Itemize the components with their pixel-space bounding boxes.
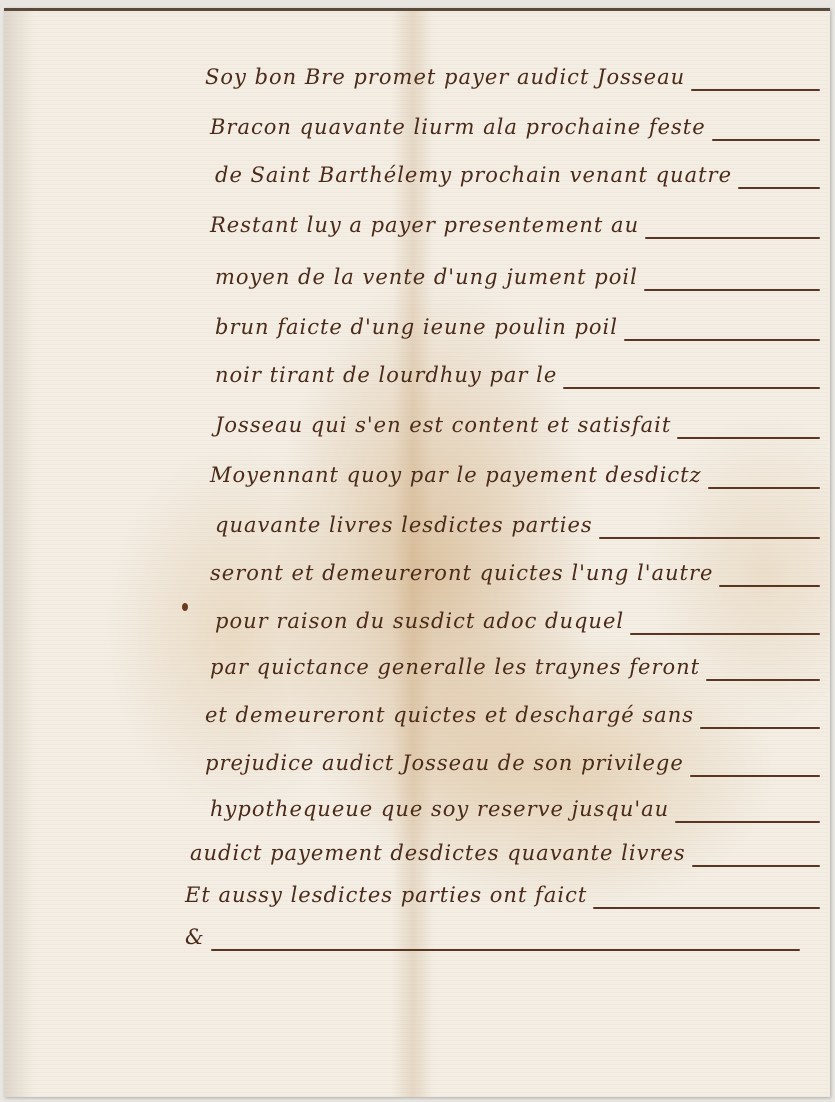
line-filler-stroke [738, 187, 820, 189]
manuscript-line: Moyennant quoy par le payement desdictz [210, 463, 702, 487]
manuscript-line: & [185, 925, 205, 949]
line-filler-stroke [677, 437, 820, 439]
line-filler-stroke [624, 339, 820, 341]
line-filler-stroke [675, 821, 820, 823]
line-filler-stroke [563, 387, 820, 389]
manuscript-line: Soy bon Bre promet payer audict Josseau [205, 65, 685, 89]
manuscript-line: Bracon quavante liurm ala prochaine fest… [210, 115, 706, 139]
manuscript-line: Et aussy lesdictes parties ont faict [185, 883, 587, 907]
line-filler-stroke [691, 89, 820, 91]
line-filler-stroke [211, 949, 800, 951]
manuscript-line: moyen de la vente d'ung jument poil [215, 265, 638, 289]
manuscript-line: seront et demeureront quictes l'ung l'au… [210, 561, 713, 585]
manuscript-line: brun faicte d'ung ieune poulin poil [215, 315, 618, 339]
ink-blot [182, 603, 188, 611]
line-filler-stroke [708, 487, 820, 489]
manuscript-line: hypothequeue que soy reserve jusqu'au [210, 797, 669, 821]
manuscript-line: prejudice audict Josseau de son privileg… [205, 751, 684, 775]
paper-fold [4, 11, 34, 1097]
manuscript-line: de Saint Barthélemy prochain venant quat… [215, 163, 732, 187]
line-filler-stroke [712, 139, 820, 141]
line-filler-stroke [593, 907, 820, 909]
line-filler-stroke [719, 585, 820, 587]
manuscript-line: Restant luy a payer presentement au [210, 213, 639, 237]
manuscript-line: et demeureront quictes et deschargé sans [205, 703, 694, 727]
line-filler-stroke [706, 679, 820, 681]
line-filler-stroke [700, 727, 820, 729]
line-filler-stroke [645, 237, 820, 239]
line-filler-stroke [692, 865, 820, 867]
manuscript-line: quavante livres lesdictes parties [215, 513, 593, 537]
line-filler-stroke [690, 775, 820, 777]
manuscript-line: par quictance generalle les traynes fero… [210, 655, 700, 679]
manuscript-page: Soy bon Bre promet payer audict JosseauB… [4, 8, 830, 1097]
line-filler-stroke [630, 633, 820, 635]
manuscript-line: Josseau qui s'en est content et satisfai… [215, 413, 671, 437]
manuscript-line: pour raison du susdict adoc duquel [215, 609, 624, 633]
manuscript-line: noir tirant de lourdhuy par le [215, 363, 557, 387]
line-filler-stroke [644, 289, 820, 291]
line-filler-stroke [599, 537, 820, 539]
manuscript-line: audict payement desdictes quavante livre… [190, 841, 686, 865]
